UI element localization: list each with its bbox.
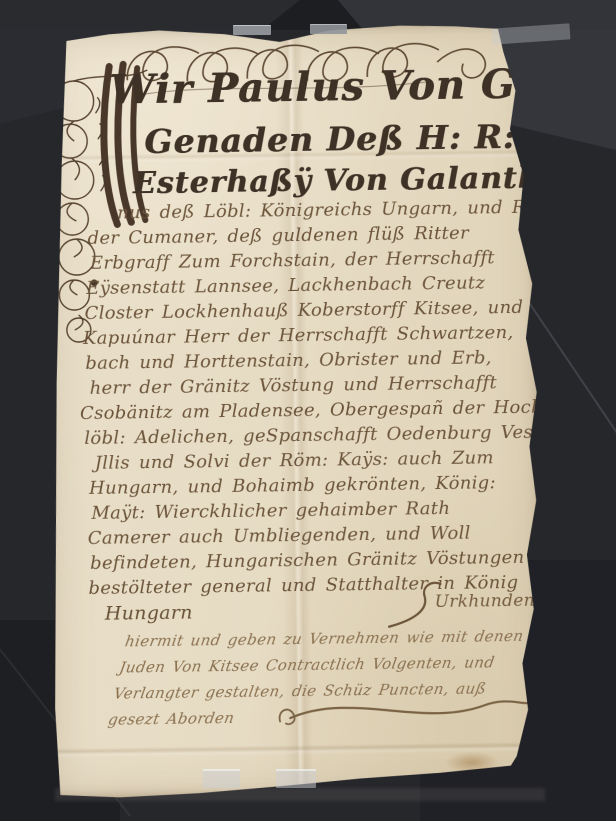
closing-line: gesezt Aborden	[107, 709, 236, 729]
closing-line: hiermit und geben zu Vernehmen wie mit d…	[124, 627, 525, 651]
mounting-tape-bottom-left	[203, 769, 240, 788]
body-line: Maÿt: Wierckhlicher gehaimber Rath	[91, 498, 450, 524]
body-line: Camerer auch Umbliegenden, und Woll	[88, 523, 471, 549]
mounting-tape-bottom-right	[276, 769, 316, 788]
body-line: Hungarn, und Bohaimb gekrönten, König:	[89, 472, 496, 499]
body-line: Jllis und Solvi der Röm: Kaÿs: auch Zum	[95, 447, 494, 474]
closing-line: Juden Von Kitsee Contractlich Volgenten,…	[118, 653, 496, 676]
body-line: Csobänitz am Pladensee, Obergespañ der H…	[80, 396, 549, 424]
heading-line-3: Esterhaßÿ Von Galantha Palati „	[133, 158, 616, 201]
manuscript-paper: Wir Paulus Von Gottes Genaden Deß H: R: …	[39, 21, 552, 802]
body-word-urkhunden: Urkhunden	[435, 591, 535, 612]
body-line: Erbgraff Zum Forchstain, der Herrschafft	[90, 247, 495, 274]
mounting-tape-top-center	[310, 24, 347, 34]
mounting-tape-top-left	[233, 25, 271, 35]
photo-of-display-case: Wir Paulus Von Gottes Genaden Deß H: R: …	[0, 0, 616, 821]
body-word-hungarn: Hungarn	[105, 601, 193, 624]
body-line: herr der Gränitz Vöstung und Herrschafft	[90, 372, 498, 399]
body-line: der Cumaner, deß guldenen flüß Ritter	[87, 223, 469, 249]
body-line: befindeten, Hungarischen Gränitz Vöstung…	[90, 547, 525, 574]
body-line: Eÿsenstatt Lannsee, Lackhenbach Creutz	[86, 272, 485, 299]
glass-reflection-streak	[527, 300, 616, 550]
body-line: löbl: Adelichen, geSpanschafft Oedenburg…	[84, 421, 546, 448]
body-line: bach und Horttenstain, Obrister und Erb,	[85, 347, 492, 374]
